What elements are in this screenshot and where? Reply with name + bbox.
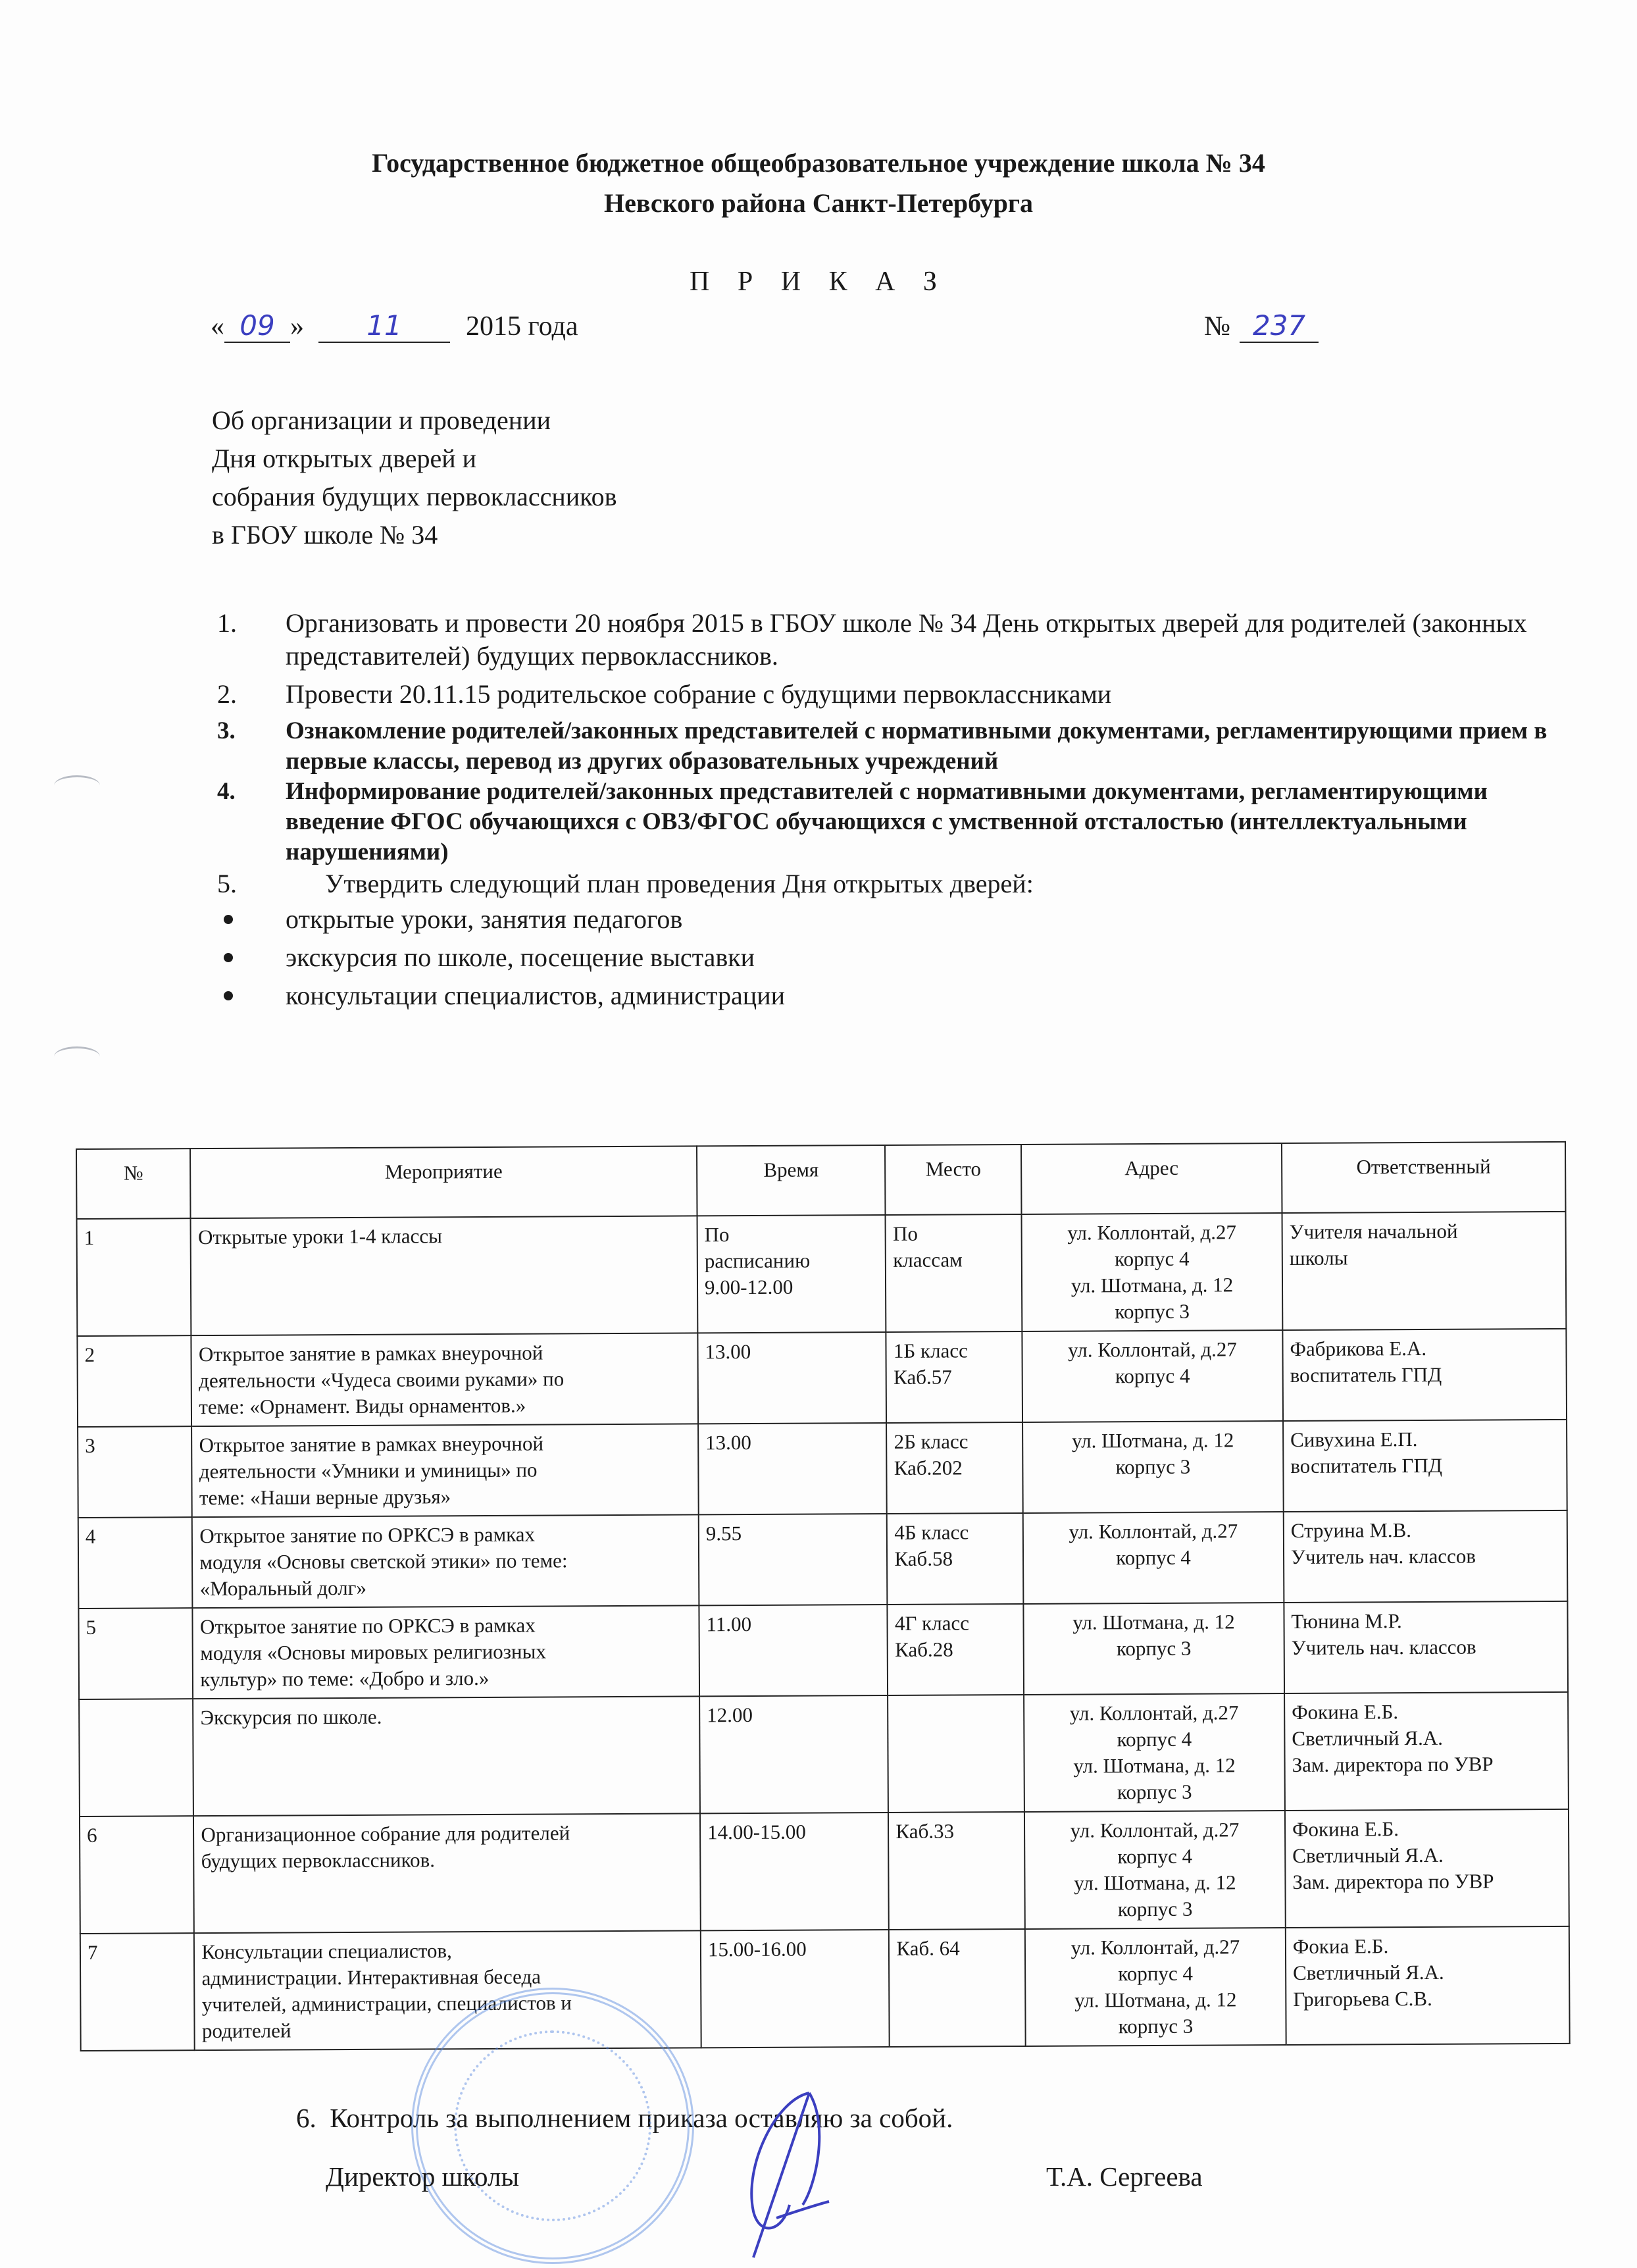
bullet-text: открытые уроки, занятия педагогов (286, 904, 682, 934)
cell-responsible-line: Струина М.В. (1291, 1516, 1560, 1544)
cell-place-line: 4Г класс (895, 1610, 1017, 1637)
cell-event-line: Открытое занятие в рамках внеурочной (199, 1339, 691, 1368)
table-row: 4Открытое занятие по ОРКСЭ в рамкахмодул… (78, 1510, 1568, 1609)
cell-address-line: ул. Шотмана, д. 12 (1030, 1609, 1276, 1636)
cell-responsible: Сивухина Е.П.воспитатель ГПД (1283, 1420, 1567, 1512)
stamp-inner-ring (454, 2030, 651, 2221)
cell-time-line: 9.55 (706, 1520, 880, 1547)
cell-event-line: теме: «Орнамент. Виды орнаментов.» (199, 1391, 691, 1420)
cell-event-line: Консультации специалистов, (201, 1936, 693, 1965)
cell-address-line: ул. Коллонтай, д.27 (1032, 1817, 1278, 1844)
cell-responsible-line: Тюнина М.Р. (1291, 1607, 1560, 1635)
cell-event-line: Открытое занятие по ОРКСЭ в рамках (200, 1611, 692, 1640)
cell-responsible-line: Фокина Е.Б. (1292, 1698, 1561, 1726)
table-body: 1Открытые уроки 1-4 классыПорасписанию9.… (77, 1212, 1570, 2051)
cell-responsible-line: Зам. директора по УВР (1292, 1868, 1561, 1895)
bullet-icon (224, 915, 233, 924)
order-date: «09»112015 года (211, 309, 578, 343)
cell-address-line: корпус 4 (1029, 1245, 1275, 1273)
cell-responsible-line: Учителя начальной (1289, 1218, 1558, 1245)
cell-responsible-line: Учитель нач. классов (1291, 1543, 1560, 1570)
cell-responsible-line: Светличный Я.А. (1292, 1724, 1561, 1752)
date-year: 2015 года (466, 311, 578, 342)
table-row: 5Открытое занятие по ОРКСЭ в рамкахмодул… (78, 1601, 1568, 1699)
item-text: Ознакомление родителей/законных представ… (286, 717, 1547, 775)
order-item-1: 1. Организовать и провести 20 ноября 201… (217, 607, 1566, 673)
cell-address-line: ул. Шотмана, д. 12 (1029, 1272, 1275, 1299)
handwritten-day: 09 (224, 309, 290, 343)
cell-responsible: Учителя начальнойшколы (1282, 1212, 1566, 1330)
cell-event: Открытое занятие в рамках внеурочнойдеят… (191, 1333, 698, 1426)
cell-no: 2 (77, 1335, 191, 1427)
cell-place-line: классам (893, 1247, 1015, 1274)
cell-time-line: 15.00-16.00 (708, 1936, 882, 1963)
cell-event-line: Открытые уроки 1-4 классы (198, 1222, 690, 1250)
cell-address-line: корпус 4 (1032, 1843, 1278, 1870)
cell-responsible-line: Светличный Я.А. (1292, 1842, 1561, 1869)
order-item-2: 2. Провести 20.11.15 родительское собран… (217, 678, 1566, 711)
cell-address-line: ул. Шотмана, д. 12 (1030, 1427, 1276, 1455)
subject-line: в ГБОУ школе № 34 (212, 516, 617, 554)
cell-event: Экскурсия по школе. (193, 1696, 699, 1816)
cell-time: 14.00-15.00 (700, 1813, 889, 1930)
cell-time: 9.55 (699, 1514, 888, 1605)
bullet-icon (224, 991, 233, 1000)
handwritten-number: 237 (1240, 309, 1319, 343)
bullet-text: экскурсия по школе, посещение выставки (286, 942, 755, 972)
cell-responsible: Струина М.В.Учитель нач. классов (1284, 1510, 1568, 1603)
cell-address: ул. Коллонтай, д.27корпус 4 (1023, 1512, 1284, 1604)
handwritten-month: 11 (318, 309, 450, 343)
cell-event-line: культур» по теме: «Добро и зло.» (200, 1664, 692, 1693)
cell-address-line: ул. Шотмана, д. 12 (1032, 1869, 1278, 1897)
cell-address: ул. Коллонтай, д.27корпус 4ул. Шотмана, … (1024, 1693, 1285, 1812)
cell-place-line: Каб.28 (895, 1636, 1017, 1663)
cell-place: Каб.33 (888, 1812, 1024, 1930)
cell-address-line: ул. Коллонтай, д.27 (1031, 1699, 1277, 1727)
cell-responsible-line: Зам. директора по УВР (1292, 1751, 1561, 1778)
cell-address-line: ул. Коллонтай, д.27 (1030, 1518, 1276, 1545)
plan-bullet: экскурсия по школе, посещение выставки (217, 939, 1566, 977)
cell-event-line: администрации. Интерактивная беседа (201, 1963, 693, 1992)
cell-event-line: будущих первоклассников. (201, 1845, 693, 1874)
item-number: 3. (217, 716, 236, 746)
table-header-row: № Мероприятие Время Место Адрес Ответств… (76, 1142, 1565, 1219)
cell-place-line: 4Б класс (894, 1519, 1016, 1546)
cell-event-line: теме: «Наши верные друзья» (199, 1482, 692, 1511)
item-text: Информирование родителей/законных предст… (286, 778, 1488, 865)
cell-place-line: 2Б класс (894, 1428, 1016, 1455)
open-day-plan-table: № Мероприятие Время Место Адрес Ответств… (76, 1141, 1571, 2051)
cell-responsible-line: Фабрикова Е.А. (1290, 1335, 1559, 1362)
cell-address: ул. Шотмана, д. 12корпус 3 (1023, 1603, 1284, 1695)
cell-no: 5 (78, 1608, 193, 1699)
punch-hole-mark (54, 1046, 100, 1067)
order-item-5: 5. Утвердить следующий план проведения Д… (217, 867, 1566, 900)
cell-address-line: корпус 4 (1030, 1544, 1276, 1572)
handwritten-signature (737, 2086, 849, 2264)
bullet-icon (224, 953, 233, 962)
cell-address: ул. Шотмана, д. 12корпус 3 (1022, 1421, 1284, 1513)
cell-no: 3 (78, 1426, 192, 1518)
item-number: 6. (296, 2103, 316, 2133)
cell-time-line: 13.00 (705, 1338, 879, 1365)
cell-event: Открытое занятие по ОРКСЭ в рамкахмодуля… (192, 1514, 699, 1608)
cell-responsible-line: Учитель нач. классов (1292, 1634, 1561, 1661)
cell-event: Открытое занятие по ОРКСЭ в рамкахмодуля… (193, 1605, 699, 1699)
order-subject: Об организации и проведении Дня открытых… (212, 401, 617, 554)
cell-responsible: Фокина Е.Б.Светличный Я.А.Зам. директора… (1284, 1692, 1569, 1811)
cell-place: 2Б классКаб.202 (886, 1422, 1022, 1514)
order-item-3: 3. Ознакомление родителей/законных предс… (217, 716, 1566, 777)
item-number: 5. (217, 867, 237, 900)
subject-line: собрания будущих первоклассников (212, 478, 617, 516)
order-item-4: 4. Информирование родителей/законных пре… (217, 777, 1566, 867)
table-row: 2Открытое занятие в рамках внеурочнойдея… (77, 1329, 1567, 1427)
item-text: Организовать и провести 20 ноября 2015 в… (286, 608, 1526, 671)
cell-responsible: Фокиа Е.Б.Светличный Я.А.Григорьева С.В. (1286, 1926, 1570, 2045)
cell-address-line: корпус 3 (1030, 1453, 1276, 1481)
signatory-title: Директор школы (326, 2161, 519, 2192)
item-text: Провести 20.11.15 родительское собрание … (286, 679, 1111, 709)
cell-place-line: Каб. 64 (896, 1935, 1018, 1962)
signatory-name: Т.А. Сергеева (1046, 2161, 1203, 2192)
cell-place-line: Каб.202 (894, 1455, 1016, 1482)
cell-event: Открытые уроки 1-4 классы (191, 1216, 697, 1335)
cell-place: 1Б классКаб.57 (886, 1331, 1022, 1423)
cell-place-line: Каб.58 (894, 1545, 1016, 1572)
cell-responsible-line: воспитатель ГПД (1290, 1452, 1559, 1480)
cell-address-line: ул. Шотмана, д. 12 (1032, 1986, 1278, 2014)
plan-bullet: открытые уроки, занятия педагогов (217, 900, 1566, 939)
cell-event-line: Открытое занятие в рамках внеурочной (199, 1430, 692, 1458)
cell-time: Порасписанию9.00-12.00 (697, 1215, 886, 1333)
cell-event-line: «Моральный долг» (200, 1573, 692, 1602)
bullet-text: консультации специалистов, администрации (286, 981, 785, 1010)
header-time: Время (697, 1145, 886, 1216)
cell-event-line: модуля «Основы мировых религиозных (200, 1637, 692, 1666)
order-title: П Р И К А З (0, 266, 1637, 297)
cell-responsible-line: Фокина Е.Б. (1292, 1815, 1561, 1843)
cell-time: 13.00 (697, 1332, 886, 1424)
cell-responsible: Фабрикова Е.А.воспитатель ГПД (1282, 1329, 1567, 1421)
cell-event-line: Организационное собрание для родителей (201, 1819, 693, 1848)
cell-time-line: 13.00 (705, 1429, 880, 1456)
cell-place: Поклассам (886, 1214, 1022, 1332)
order-number: №237 (1204, 309, 1319, 343)
cell-time-line: По (704, 1221, 878, 1248)
subject-line: Об организации и проведении (212, 401, 617, 440)
cell-place-line: Каб.33 (895, 1818, 1017, 1845)
cell-responsible-line: Сивухина Е.П. (1290, 1426, 1559, 1453)
cell-place-line: Каб.57 (894, 1364, 1015, 1391)
cell-place-line: 1Б класс (894, 1337, 1015, 1364)
table-row: Экскурсия по школе.12.00ул. Коллонтай, д… (79, 1692, 1569, 1817)
cell-place: Каб. 64 (889, 1929, 1025, 2047)
cell-address-line: корпус 4 (1030, 1362, 1276, 1390)
cell-time: 11.00 (699, 1605, 888, 1696)
item-number: 2. (217, 678, 237, 711)
header-responsible: Ответственный (1282, 1142, 1566, 1213)
table-row: 6Организационное собрание для родителейб… (80, 1809, 1569, 1934)
cell-event: Организационное собрание для родителейбу… (193, 1813, 700, 1933)
organization-name-line2: Невского района Санкт-Петербурга (0, 186, 1637, 220)
cell-event-line: Открытое занятие по ОРКСЭ в рамках (199, 1520, 692, 1549)
organization-name-line1: Государственное бюджетное общеобразовате… (0, 146, 1637, 180)
date-close-quote: » (290, 311, 304, 342)
cell-responsible-line: школы (1290, 1244, 1559, 1272)
cell-address: ул. Коллонтай, д.27корпус 4ул. Шотмана, … (1025, 1928, 1286, 2046)
cell-address-line: ул. Коллонтай, д.27 (1029, 1336, 1275, 1364)
header-place: Место (885, 1145, 1021, 1215)
cell-no: 6 (80, 1816, 194, 1934)
cell-no: 4 (78, 1517, 193, 1609)
cell-address-line: корпус 3 (1031, 1635, 1277, 1662)
cell-event-line: деятельности «Умники и уминицы» по (199, 1456, 692, 1485)
cell-event: Открытое занятие в рамках внеурочнойдеят… (191, 1424, 698, 1517)
item-text: Утвердить следующий план проведения Дня … (286, 869, 1034, 898)
subject-line: Дня открытых дверей и (212, 440, 617, 478)
item-number: 4. (217, 777, 236, 807)
cell-time: 12.00 (699, 1695, 888, 1813)
cell-address-line: ул. Шотмана, д. 12 (1032, 1752, 1278, 1780)
cell-time-line: 12.00 (707, 1701, 881, 1728)
header-address: Адрес (1021, 1143, 1282, 1214)
cell-place-line: По (893, 1220, 1015, 1247)
cell-address-line: корпус 3 (1032, 1895, 1278, 1923)
cell-address: ул. Коллонтай, д.27корпус 4ул. Шотмана, … (1024, 1811, 1286, 1929)
cell-place (888, 1695, 1024, 1813)
order-items: 1. Организовать и провести 20 ноября 201… (217, 607, 1566, 1015)
date-open-quote: « (211, 311, 224, 342)
cell-time-line: 11.00 (706, 1611, 880, 1637)
cell-place: 4Б классКаб.58 (887, 1513, 1023, 1605)
table-row: 7Консультации специалистов,администрации… (80, 1926, 1570, 2051)
cell-event-line: модуля «Основы светской этики» по теме: (199, 1547, 692, 1576)
header-event: Мероприятие (190, 1146, 697, 1218)
table-row: 3Открытое занятие в рамках внеурочнойдея… (78, 1420, 1567, 1518)
cell-responsible: Фокина Е.Б.Светличный Я.А.Зам. директора… (1285, 1809, 1569, 1928)
cell-address: ул. Коллонтай, д.27корпус 4 (1022, 1330, 1283, 1422)
cell-responsible: Тюнина М.Р.Учитель нач. классов (1284, 1601, 1568, 1693)
cell-event-line: Экскурсия по школе. (201, 1702, 693, 1731)
cell-responsible-line: Фокиа Е.Б. (1293, 1932, 1562, 1960)
cell-time-line: 9.00-12.00 (705, 1274, 879, 1301)
cell-time: 15.00-16.00 (701, 1930, 890, 2048)
item-number: 1. (217, 607, 237, 640)
plan-bullet: консультации специалистов, администрации (217, 977, 1566, 1015)
cell-address-line: корпус 3 (1032, 2013, 1278, 2040)
cell-no (79, 1699, 193, 1817)
cell-address-line: ул. Коллонтай, д.27 (1029, 1219, 1275, 1247)
cell-time-line: 14.00-15.00 (707, 1818, 882, 1845)
cell-address: ул. Коллонтай, д.27корпус 4ул. Шотмана, … (1022, 1213, 1283, 1331)
cell-no: 7 (80, 1933, 195, 2051)
cell-time-line: расписанию (705, 1247, 879, 1274)
table-row: 1Открытые уроки 1-4 классыПорасписанию9.… (77, 1212, 1567, 1336)
cell-address-line: корпус 4 (1031, 1726, 1277, 1753)
header-no: № (76, 1148, 191, 1219)
cell-address-line: корпус 4 (1032, 1960, 1278, 1988)
cell-address-line: ул. Коллонтай, д.27 (1032, 1934, 1278, 1961)
cell-responsible-line: Григорьева С.В. (1293, 1985, 1562, 2013)
cell-time: 13.00 (698, 1423, 887, 1514)
cell-responsible-line: воспитатель ГПД (1290, 1361, 1559, 1389)
cell-address-line: корпус 3 (1029, 1298, 1275, 1326)
cell-responsible-line: Светличный Я.А. (1293, 1959, 1562, 1986)
school-seal-stamp (411, 1988, 694, 2264)
cell-event-line: деятельности «Чудеса своими руками» по (199, 1365, 691, 1394)
cell-no: 1 (77, 1218, 191, 1336)
punch-hole-mark (54, 775, 100, 796)
cell-place: 4Г классКаб.28 (888, 1604, 1024, 1695)
number-label: № (1204, 311, 1230, 342)
cell-address-line: корпус 3 (1032, 1778, 1278, 1806)
